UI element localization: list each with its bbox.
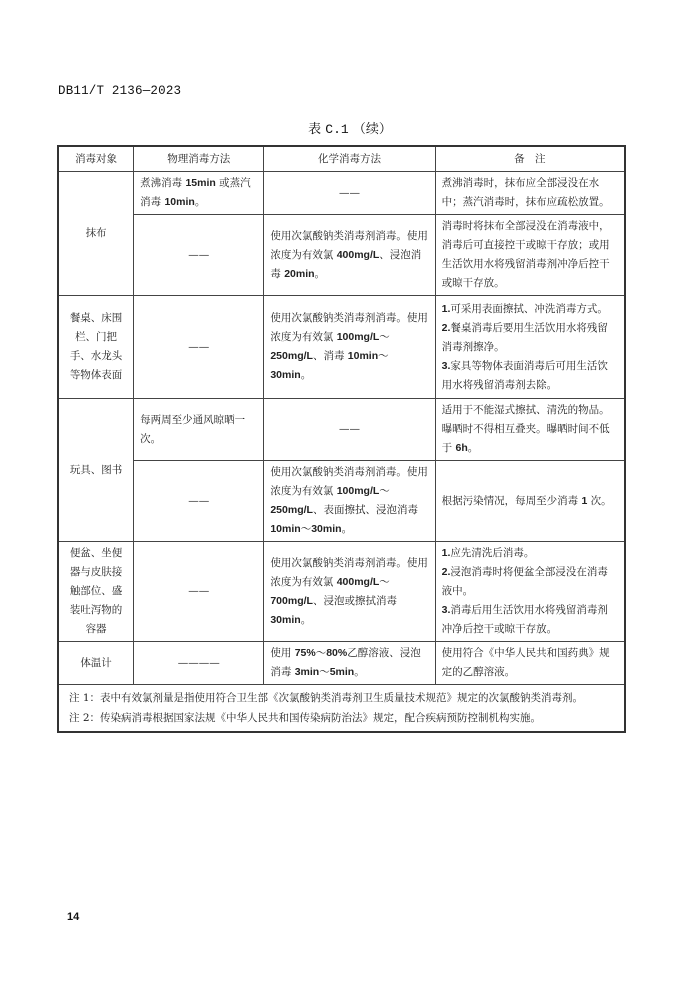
table-row: 体温计 ———— 使用 75%～80%乙醇溶液、浸泡消毒 3min～5min。 … xyxy=(58,642,625,685)
remark-item: 3.家具等物体表面消毒后可用生活饮用水将残留消毒剂去除。 xyxy=(442,357,618,395)
physical-cell: —— xyxy=(134,461,264,542)
col-header-object: 消毒对象 xyxy=(58,146,134,172)
physical-cell: —— xyxy=(134,296,264,399)
remark-item: 2.餐桌消毒后要用生活饮用水将残留消毒剂擦净。 xyxy=(442,319,618,357)
note-1: 注 1：表中有效氯剂量是指使用符合卫生部《次氯酸钠类消毒剂卫生质量技术规范》规定… xyxy=(69,688,614,708)
physical-cell: —— xyxy=(134,215,264,296)
object-cell: 餐桌、床围栏、门把手、水龙头等物体表面 xyxy=(58,296,134,399)
remark-cell: 1.可采用表面擦拭、冲洗消毒方式。2.餐桌消毒后要用生活饮用水将残留消毒剂擦净。… xyxy=(435,296,625,399)
remark-item: 1.应先清洗后消毒。 xyxy=(442,544,618,563)
col-header-chemical: 化学消毒方法 xyxy=(264,146,435,172)
object-cell: 玩具、图书 xyxy=(58,399,134,542)
note-2: 注 2：传染病消毒根据国家法规《中华人民共和国传染病防治法》规定，配合疾病预防控… xyxy=(69,708,614,728)
table-row: 餐桌、床围栏、门把手、水龙头等物体表面 —— 使用次氯酸钠类消毒剂消毒。使用浓度… xyxy=(58,296,625,399)
object-cell: 抹布 xyxy=(58,172,134,296)
col-header-physical: 物理消毒方法 xyxy=(134,146,264,172)
page-number: 14 xyxy=(67,911,79,923)
chemical-cell: 使用次氯酸钠类消毒剂消毒。使用浓度为有效氯 100mg/L～250mg/L、消毒… xyxy=(264,296,435,399)
chemical-cell: —— xyxy=(264,172,435,215)
col-header-remark: 备 注 xyxy=(435,146,625,172)
chemical-cell: 使用次氯酸钠类消毒剂消毒。使用浓度为有效氯 100mg/L～250mg/L、表面… xyxy=(264,461,435,542)
remark-cell: 使用符合《中华人民共和国药典》规定的乙醇溶液。 xyxy=(435,642,625,685)
object-cell: 体温计 xyxy=(58,642,134,685)
table-row: 便盆、坐便器与皮肤接触部位、盛装吐泻物的容器 —— 使用次氯酸钠类消毒剂消毒。使… xyxy=(58,542,625,642)
caption-label: C.1 xyxy=(325,122,348,137)
table-header-row: 消毒对象 物理消毒方法 化学消毒方法 备 注 xyxy=(58,146,625,172)
table-caption: 表 C.1 （续） xyxy=(0,118,700,137)
caption-suffix: （续） xyxy=(353,122,392,137)
chemical-cell: —— xyxy=(264,399,435,461)
remark-cell: 适用于不能湿式擦拭、清洗的物品。曝晒时不得相互叠夹。曝晒时间不低于 6h。 xyxy=(435,399,625,461)
remark-cell: 煮沸消毒时，抹布应全部浸没在水中；蒸汽消毒时，抹布应疏松放置。 xyxy=(435,172,625,215)
remark-item: 1.可采用表面擦拭、冲洗消毒方式。 xyxy=(442,300,618,319)
document-id: DB11/T 2136—2023 xyxy=(58,84,181,98)
table-row: 抹布 煮沸消毒 15min 或蒸汽消毒 10min。 —— 煮沸消毒时，抹布应全… xyxy=(58,172,625,215)
physical-cell: 煮沸消毒 15min 或蒸汽消毒 10min。 xyxy=(134,172,264,215)
physical-cell: ———— xyxy=(134,642,264,685)
chemical-cell: 使用次氯酸钠类消毒剂消毒。使用浓度为有效氯 400mg/L、浸泡消毒 20min… xyxy=(264,215,435,296)
notes-cell: 注 1：表中有效氯剂量是指使用符合卫生部《次氯酸钠类消毒剂卫生质量技术规范》规定… xyxy=(58,685,625,733)
chemical-cell: 使用 75%～80%乙醇溶液、浸泡消毒 3min～5min。 xyxy=(264,642,435,685)
caption-prefix: 表 xyxy=(308,122,321,137)
notes-row: 注 1：表中有效氯剂量是指使用符合卫生部《次氯酸钠类消毒剂卫生质量技术规范》规定… xyxy=(58,685,625,733)
chemical-cell: 使用次氯酸钠类消毒剂消毒。使用浓度为有效氯 400mg/L～700mg/L、浸泡… xyxy=(264,542,435,642)
object-cell: 便盆、坐便器与皮肤接触部位、盛装吐泻物的容器 xyxy=(58,542,134,642)
table-row: —— 使用次氯酸钠类消毒剂消毒。使用浓度为有效氯 400mg/L、浸泡消毒 20… xyxy=(58,215,625,296)
physical-cell: —— xyxy=(134,542,264,642)
remark-item: 2.浸泡消毒时将便盆全部浸没在消毒液中。 xyxy=(442,563,618,601)
remark-cell: 根据污染情况，每周至少消毒 1 次。 xyxy=(435,461,625,542)
table-row: —— 使用次氯酸钠类消毒剂消毒。使用浓度为有效氯 100mg/L～250mg/L… xyxy=(58,461,625,542)
table-row: 玩具、图书 每两周至少通风晾晒一次。 —— 适用于不能湿式擦拭、清洗的物品。曝晒… xyxy=(58,399,625,461)
remark-item: 3.消毒后用生活饮用水将残留消毒剂冲净后控干或晾干存放。 xyxy=(442,601,618,639)
remark-cell: 消毒时将抹布全部浸没在消毒液中，消毒后可直接控干或晾干存放；或用生活饮用水将残留… xyxy=(435,215,625,296)
physical-cell: 每两周至少通风晾晒一次。 xyxy=(134,399,264,461)
remark-cell: 1.应先清洗后消毒。2.浸泡消毒时将便盆全部浸没在消毒液中。3.消毒后用生活饮用… xyxy=(435,542,625,642)
disinfection-table: 消毒对象 物理消毒方法 化学消毒方法 备 注 抹布 煮沸消毒 15min 或蒸汽… xyxy=(57,145,626,733)
